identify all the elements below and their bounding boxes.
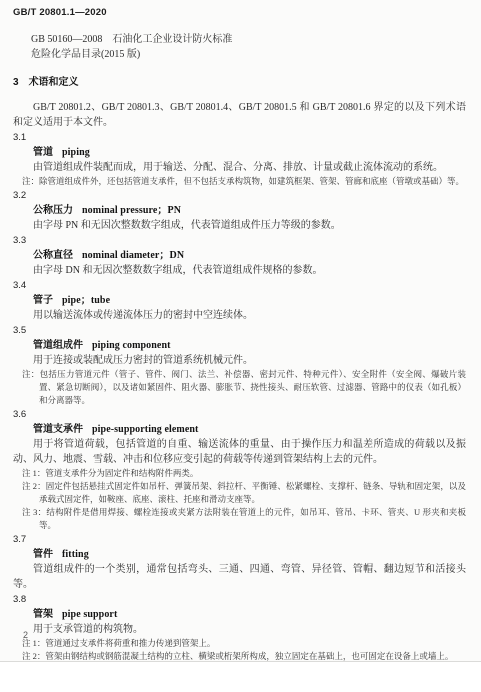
term-en: pipe-supporting element [92, 424, 198, 435]
term-title: 管道支承件pipe-supporting element [13, 422, 466, 437]
term-note: 注：除管道组成件外，还包括管道支承件，但不包括支承构筑物，如建筑框架、管架、管廊… [22, 175, 466, 188]
term-en: piping [62, 147, 90, 158]
intro-paragraph: GB/T 20801.2、GB/T 20801.3、GB/T 20801.4、G… [13, 100, 466, 130]
clause-number: 3.1 [13, 131, 466, 145]
clause-3-1: 3.1 管道piping 由管道组成件装配而成，用于输送、分配、混合、分离、排放… [13, 131, 466, 188]
term-title: 管道piping [13, 145, 466, 160]
clause-3-2: 3.2 公称压力nominal pressure；PN 由字母 PN 和无因次整… [13, 189, 466, 233]
term-zh: 管子 [33, 295, 53, 306]
page-content: GB/T 20801.1—2020 GB 50160—2008 石油化工企业设计… [0, 0, 481, 676]
clause-3-4: 3.4 管子pipe；tube 用以输送流体或传递流体压力的密封中空连续体。 [13, 279, 466, 323]
clause-number: 3.4 [13, 279, 466, 293]
clause-number: 3.3 [13, 234, 466, 248]
term-zh: 管件 [33, 549, 53, 560]
clause-3-6: 3.6 管道支承件pipe-supporting element 用于将管道荷载… [13, 408, 466, 532]
reference-item: 危险化学品目录(2015 版) [31, 47, 466, 62]
term-en: nominal pressure；PN [82, 205, 181, 216]
section-number: 3 [13, 77, 19, 88]
term-title: 管架pipe support [13, 607, 466, 622]
term-en: piping component [92, 340, 171, 351]
term-title: 管子pipe；tube [13, 293, 466, 308]
clause-3-7: 3.7 管件fitting 管道组成件的一个类别，通常包括弯头、三通、四通、弯管… [13, 533, 466, 592]
term-zh: 管架 [33, 609, 53, 620]
clause-number: 3.8 [13, 593, 466, 607]
term-definition: 由字母 PN 和无因次整数数字组成，代表管道组成件压力等级的参数。 [13, 218, 466, 233]
term-en: pipe support [62, 609, 117, 620]
term-zh: 公称直径 [33, 250, 73, 261]
term-zh: 管道支承件 [33, 424, 83, 435]
term-definition: 由字母 DN 和无因次整数数字组成，代表管道组成件规格的参数。 [13, 263, 466, 278]
term-zh: 管道组成件 [33, 340, 83, 351]
term-title: 公称直径nominal diameter；DN [13, 248, 466, 263]
term-note: 注：包括压力管道元件（管子、管件、阀门、法兰、补偿器、密封元件、特种元件）、安全… [22, 368, 466, 407]
next-page-edge [0, 662, 481, 692]
section-heading: 3术语和定义 [13, 76, 466, 89]
term-zh: 公称压力 [33, 205, 73, 216]
clause-number: 3.6 [13, 408, 466, 422]
term-note: 注 1：管道支承件分为固定件和结构附件两类。 [22, 467, 466, 480]
term-definition: 用于连接或装配成压力密封的管道系统机械元件。 [13, 353, 466, 368]
term-definition: 用以输送流体或传递流体压力的密封中空连续体。 [13, 308, 466, 323]
clause-3-5: 3.5 管道组成件piping component 用于连接或装配成压力密封的管… [13, 324, 466, 407]
term-title: 管件fitting [13, 547, 466, 562]
reference-list: GB 50160—2008 石油化工企业设计防火标准 危险化学品目录(2015 … [31, 32, 466, 62]
term-en: pipe；tube [62, 295, 110, 306]
term-note: 注 1：管道通过支承件将荷重和推力传递到管架上。 [22, 637, 466, 650]
section-title: 术语和定义 [29, 77, 79, 88]
term-definition: 由管道组成件装配而成，用于输送、分配、混合、分离、排放、计量或截止流体流动的系统… [13, 160, 466, 175]
term-definition: 用于将管道荷载，包括管道的自重、输送流体的重量、由于操作压力和温差所造成的荷载以… [13, 437, 466, 467]
standard-number-header: GB/T 20801.1—2020 [13, 7, 466, 19]
page-number: 2 [23, 630, 28, 640]
term-title: 公称压力nominal pressure；PN [13, 203, 466, 218]
clause-number: 3.2 [13, 189, 466, 203]
term-note: 注 3：结构附件是借用焊接、螺栓连接或夹紧方法附装在管道上的元件，如吊耳、管吊、… [22, 506, 466, 532]
term-en: nominal diameter；DN [82, 250, 184, 261]
term-title: 管道组成件piping component [13, 338, 466, 353]
reference-item: GB 50160—2008 石油化工企业设计防火标准 [31, 32, 466, 47]
term-definition: 管道组成件的一个类别，通常包括弯头、三通、四通、弯管、异径管、管帽、翻边短节和活… [13, 562, 466, 592]
clause-number: 3.7 [13, 533, 466, 547]
term-en: fitting [62, 549, 89, 560]
clause-3-3: 3.3 公称直径nominal diameter；DN 由字母 DN 和无因次整… [13, 234, 466, 278]
term-definition: 用于支承管道的构筑物。 [13, 622, 466, 637]
term-zh: 管道 [33, 147, 53, 158]
clause-number: 3.5 [13, 324, 466, 338]
document-page: GB/T 20801.1—2020 GB 50160—2008 石油化工企业设计… [0, 0, 481, 692]
term-note: 注 2：固定件包括悬挂式固定件如吊杆、弹簧吊架、斜拉杆、平衡锤、松紧螺栓、支撑杆… [22, 480, 466, 506]
